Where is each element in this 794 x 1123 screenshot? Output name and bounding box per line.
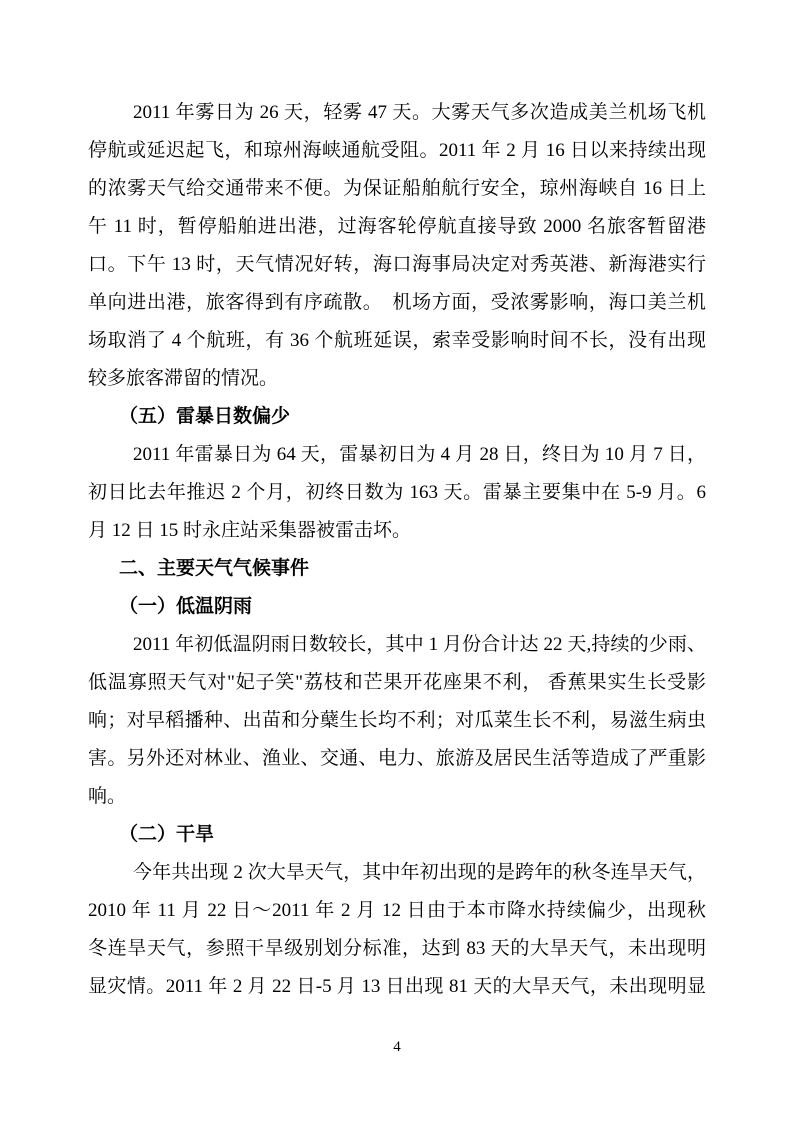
document-body: 2011 年雾日为 26 天，轻雾 47 天。大雾天气多次造成美兰机场飞机停航或…: [88, 94, 706, 1006]
text-line: 今年共出现 2 次大旱天气，其中年初出现的是跨年的秋冬连旱天气，: [88, 854, 706, 892]
document-page: 2011 年雾日为 26 天，轻雾 47 天。大雾天气多次造成美兰机场飞机停航或…: [0, 0, 794, 1123]
text-line: 低温寡照天气对"妃子笑"荔枝和芒果开花座果不利， 香蕉果实生长受影: [88, 664, 706, 702]
paragraph-cold-rain: 2011 年初低温阴雨日数较长，其中 1 月份合计达 22 天,持续的少雨、低温…: [88, 626, 706, 816]
paragraph-fog-impacts: 2011 年雾日为 26 天，轻雾 47 天。大雾天气多次造成美兰机场飞机停航或…: [88, 94, 706, 398]
text-line: 害。另外还对林业、渔业、交通、电力、旅游及居民生活等造成了严重影: [88, 740, 706, 778]
text-line: 停航或延迟起飞，和琼州海峡通航受阻。2011 年 2 月 16 日以来持续出现: [88, 132, 706, 170]
text-line: 2011 年初低温阴雨日数较长，其中 1 月份合计达 22 天,持续的少雨、: [88, 626, 706, 664]
text-line: 2011 年雾日为 26 天，轻雾 47 天。大雾天气多次造成美兰机场飞机: [88, 94, 706, 132]
text-line: 响；对早稻播种、出苗和分蘖生长均不利；对瓜菜生长不利，易滋生病虫: [88, 702, 706, 740]
heading-cold-rain: （一）低温阴雨: [88, 588, 706, 626]
text-line: 口。下午 13 时，天气情况好转，海口海事局决定对秀英港、新海港实行: [88, 246, 706, 284]
text-line: 显灾情。2011 年 2 月 22 日-5 月 13 日出现 81 天的大旱天气…: [88, 968, 706, 1006]
text-line: 2010 年 11 月 22 日～2011 年 2 月 12 日由于本市降水持续…: [88, 892, 706, 930]
text-line: 场取消了 4 个航班，有 36 个航班延误，索幸受影响时间不长，没有出现: [88, 322, 706, 360]
paragraph-drought: 今年共出现 2 次大旱天气，其中年初出现的是跨年的秋冬连旱天气，2010 年 1…: [88, 854, 706, 1006]
text-line: 2011 年雷暴日为 64 天，雷暴初日为 4 月 28 日，终日为 10 月 …: [88, 436, 706, 474]
text-line: 月 12 日 15 时永庄站采集器被雷击坏。: [88, 512, 706, 550]
page-number: 4: [0, 1036, 794, 1058]
text-line: 的浓雾天气给交通带来不便。为保证船舶航行安全，琼州海峡自 16 日上: [88, 170, 706, 208]
heading-drought: （二）干旱: [88, 816, 706, 854]
text-line: 初日比去年推迟 2 个月，初终日数为 163 天。雷暴主要集中在 5-9 月。6: [88, 474, 706, 512]
heading-section-two: 二、主要天气气候事件: [88, 550, 706, 588]
text-line: 较多旅客滞留的情况。: [88, 360, 706, 398]
text-line: 响。: [88, 778, 706, 816]
text-line: 午 11 时，暂停船舶进出港，过海客轮停航直接导致 2000 名旅客暂留港: [88, 208, 706, 246]
paragraph-thunderstorm: 2011 年雷暴日为 64 天，雷暴初日为 4 月 28 日，终日为 10 月 …: [88, 436, 706, 550]
text-line: 单向进出港，旅客得到有序疏散。 机场方面，受浓雾影响，海口美兰机: [88, 284, 706, 322]
text-line: 冬连旱天气，参照干旱级别划分标准，达到 83 天的大旱天气，未出现明: [88, 930, 706, 968]
heading-thunderstorm-days: （五）雷暴日数偏少: [88, 398, 706, 436]
